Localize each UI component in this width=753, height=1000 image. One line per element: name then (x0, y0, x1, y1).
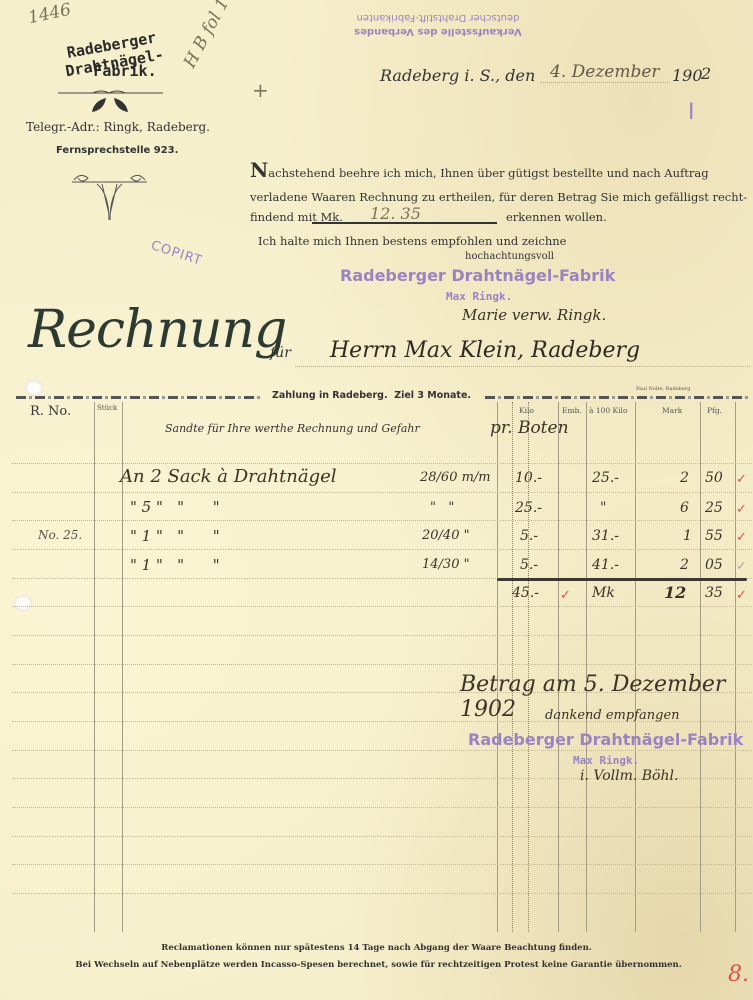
row-pfg: 55 (705, 528, 723, 544)
receipt-line-2: dankend empfangen (545, 708, 680, 723)
flourish-ornament-icon (72, 172, 147, 222)
body-text-1: achstehend beehre ich mich, Ihnen über g… (268, 166, 708, 180)
row-kilo: 5.- (520, 557, 538, 573)
for-label: für (270, 345, 291, 361)
row-price: 25.- (592, 470, 619, 486)
row-size: " " (430, 500, 454, 515)
invoice-title: Rechnung (28, 300, 286, 360)
column-divider (700, 402, 701, 932)
stamp-line-2: deutscher Drahtstift-Fabrikanten (348, 10, 528, 24)
row-kilo: 5.- (520, 528, 538, 544)
row-size: 28/60 m/m (420, 470, 491, 485)
association-stamp: Verkaufsstelle des Verbandes deutscher D… (348, 10, 528, 38)
check-mark-icon: ✓ (736, 588, 747, 603)
telegraph-address: Telegr.-Adr.: Ringk, Radeberg. (26, 120, 210, 134)
rule-left (16, 396, 261, 399)
recipient-line (295, 366, 750, 367)
row-kilo: 25.- (515, 500, 542, 516)
signature-stamp-owner: Max Ringk. (446, 290, 512, 303)
total-pfg: 35 (705, 585, 723, 601)
footer-line-2: Bei Wechseln auf Nebenplätze werden Inca… (0, 960, 753, 970)
amount-handwritten: 12. 35 (370, 204, 421, 223)
invoice-page: 1446 Radeberger Drahtnägel- Fabrik. Tele… (0, 0, 753, 1000)
closing-text: hochachtungsvoll (465, 251, 554, 262)
date-line (540, 82, 670, 83)
column-divider (558, 402, 559, 932)
total-kilo: 45.- (512, 585, 539, 601)
row-mark: 2 (680, 557, 689, 573)
row-desc: An 2 Sack à Drahtnägel (120, 466, 337, 487)
receipt-stamp-company: Radeberger Drahtnägel-Fabrik (468, 730, 743, 749)
printer-credit: Paul Nolte, Radeberg (636, 386, 690, 392)
year-handwritten: 2 (701, 64, 711, 83)
signature-handwritten: Marie verw. Ringk. (462, 306, 606, 324)
row-pfg: 25 (705, 500, 723, 516)
body-line-4: Ich halte mich Ihnen bestens empfohlen u… (258, 234, 566, 248)
pencil-mark: + (252, 78, 269, 102)
receipt-stamp-owner: Max Ringk. (573, 754, 639, 767)
body-line-2: verladene Waaren Rechnung zu ertheilen, … (250, 190, 747, 204)
col-header-stueck: Stück (97, 404, 117, 412)
company-name-line2: Fabrik. (55, 62, 195, 80)
row-desc: " 1 " " " (130, 556, 220, 574)
column-divider (635, 402, 636, 932)
col-header-per100: à 100 Kilo (589, 406, 627, 415)
pencil-note-top: 1446 (26, 0, 72, 28)
punch-hole (14, 595, 32, 611)
total-price: Mk (592, 585, 615, 601)
row-desc: " 5 " " " (130, 498, 220, 516)
row-size: 14/30 " (422, 557, 470, 572)
sent-via-handwritten: pr. Boten (490, 418, 569, 438)
check-mark-icon: ✓ (560, 588, 571, 603)
check-mark-icon: ✓ (736, 559, 747, 574)
col-header-emb: Emb. (562, 406, 582, 415)
total-mark: 12 (664, 583, 686, 602)
recipient-handwritten: Herrn Max Klein, Radeberg (330, 338, 640, 363)
column-divider (586, 402, 587, 932)
row-pfg: 05 (705, 557, 723, 573)
row-desc: " 1 " " " (130, 527, 220, 545)
place-label: Radeberg i. S., den (380, 66, 535, 85)
col-header-rno: R. No. (30, 404, 71, 419)
column-divider (497, 402, 498, 932)
corner-mark: I (688, 100, 699, 125)
receipt-signature: i. Vollm. Böhl. (580, 768, 678, 784)
date-handwritten: 4. Dezember (550, 62, 660, 82)
row-pfg: 50 (705, 470, 723, 486)
stamp-line-1: Verkaufsstelle des Verbandes (348, 24, 528, 38)
check-mark-icon: ✓ (736, 530, 747, 545)
check-mark-icon: ✓ (736, 472, 747, 487)
col-header-mark: Mark (662, 406, 682, 415)
column-divider (94, 402, 95, 932)
signature-stamp-company: Radeberger Drahtnägel-Fabrik (340, 266, 615, 285)
body-line-1: Nachstehend beehre ich mich, Ihnen über … (250, 158, 709, 182)
col-header-pfg: Pfg. (707, 406, 722, 415)
column-divider (512, 402, 513, 932)
row-size: 20/40 " (422, 528, 470, 543)
footer-line-1: Reclamationen können nur spätestens 14 T… (0, 943, 753, 953)
phone-number: Fernsprechstelle 923. (56, 145, 178, 156)
sent-line: Sandte für Ihre werthe Rechnung und Gefa… (165, 422, 420, 435)
copy-stamp: COPIRT (149, 238, 204, 269)
punch-hole (25, 380, 43, 396)
rno-handwritten: No. 25. (38, 528, 82, 542)
body-line-3-suffix: erkennen wollen. (506, 210, 607, 224)
check-mark-icon: ✓ (736, 502, 747, 517)
row-price: 31.- (592, 528, 619, 544)
payment-terms: Zahlung in Radeberg. Ziel 3 Monate. (272, 390, 471, 401)
rule-right (485, 396, 749, 399)
leaf-ornament-icon (58, 88, 163, 118)
year-printed: 190 (672, 66, 703, 85)
initial-letter: N (250, 158, 268, 182)
row-price: 41.- (592, 557, 619, 573)
row-price: " (600, 500, 606, 516)
row-mark: 2 (680, 470, 689, 486)
col-header-kilo: Kilo (519, 406, 534, 415)
total-rule (497, 578, 747, 581)
row-kilo: 10.- (515, 470, 542, 486)
page-mark: 8. (728, 962, 749, 987)
row-mark: 1 (683, 528, 692, 544)
row-mark: 6 (680, 500, 689, 516)
